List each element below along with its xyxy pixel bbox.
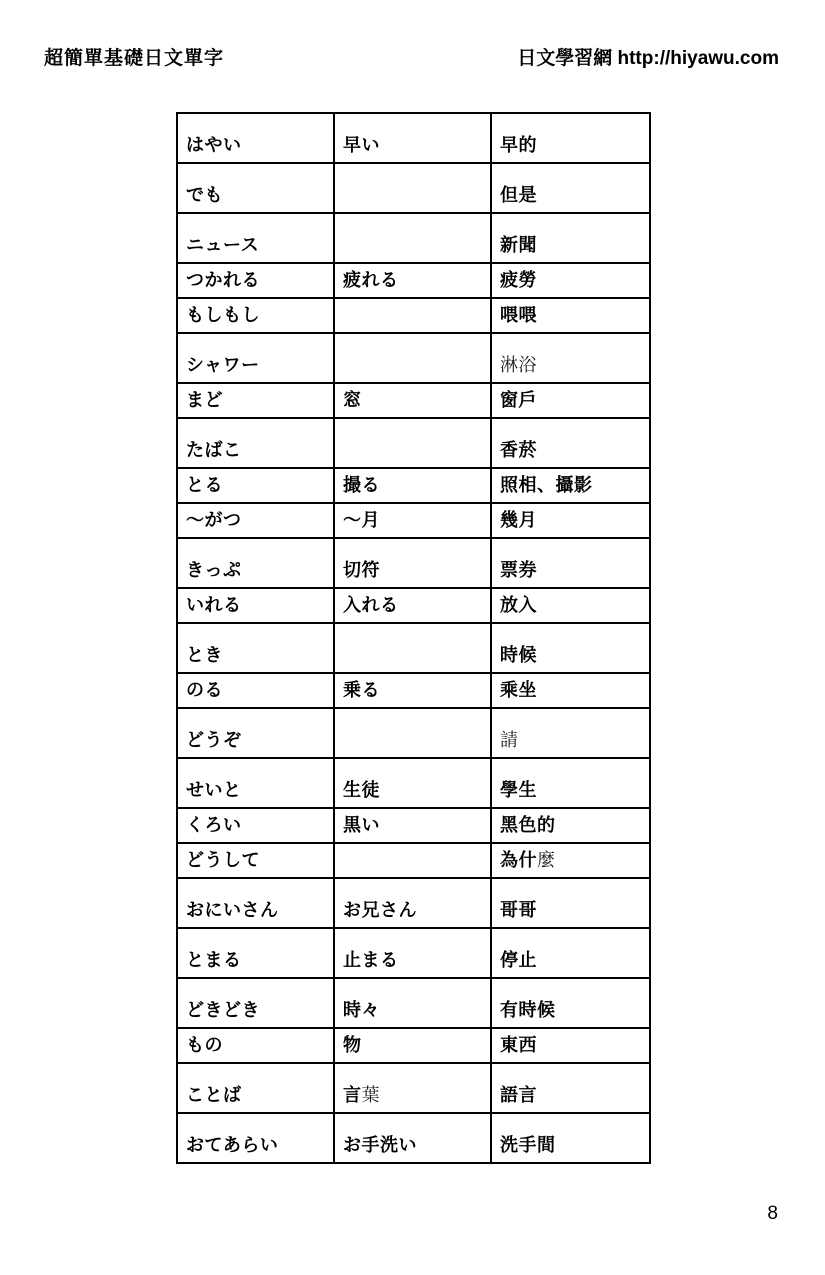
cell-kana-13: のる: [177, 673, 334, 708]
cell-kana-1: でも: [177, 163, 334, 213]
cell-zh-17: 為什麼: [491, 843, 650, 878]
cell-kanji-4: [334, 298, 491, 333]
table-row: きっぷ切符票券: [177, 538, 650, 588]
cell-zh-5: 淋浴: [491, 333, 650, 383]
cell-zh-4: 喂喂: [491, 298, 650, 333]
cell-kana-23: おてあらい: [177, 1113, 334, 1163]
table-row: せいと生徒學生: [177, 758, 650, 808]
cell-kanji-14: [334, 708, 491, 758]
table-row: つかれる疲れる疲勞: [177, 263, 650, 298]
document-page: 超簡單基礎日文單字 日文學習網 http://hiyawu.com はやい早い早…: [0, 0, 825, 1275]
cell-kana-22: ことば: [177, 1063, 334, 1113]
cell-zh-15: 學生: [491, 758, 650, 808]
cell-kanji-12: [334, 623, 491, 673]
cell-kanji-0: 早い: [334, 113, 491, 163]
cell-kana-21: もの: [177, 1028, 334, 1063]
cell-zh-14: 請: [491, 708, 650, 758]
cell-kana-11: いれる: [177, 588, 334, 623]
table-row: たばこ香菸: [177, 418, 650, 468]
cell-kanji-16: 黒い: [334, 808, 491, 843]
table-row: ～がつ～月幾月: [177, 503, 650, 538]
cell-zh-3: 疲勞: [491, 263, 650, 298]
cell-zh-9: 幾月: [491, 503, 650, 538]
table-row: いれる入れる放入: [177, 588, 650, 623]
table-row: どうぞ請: [177, 708, 650, 758]
cell-kana-15: せいと: [177, 758, 334, 808]
cell-kanji-23: お手洗い: [334, 1113, 491, 1163]
cell-zh-16: 黑色的: [491, 808, 650, 843]
cell-kanji-20: 時々: [334, 978, 491, 1028]
table-row: くろい黒い黑色的: [177, 808, 650, 843]
cell-zh-10: 票券: [491, 538, 650, 588]
table-row: とき時候: [177, 623, 650, 673]
cell-zh-11: 放入: [491, 588, 650, 623]
cell-zh-23: 洗手間: [491, 1113, 650, 1163]
cell-kana-10: きっぷ: [177, 538, 334, 588]
cell-kanji-21: 物: [334, 1028, 491, 1063]
cell-zh-13: 乘坐: [491, 673, 650, 708]
table-row: もの物東西: [177, 1028, 650, 1063]
cell-kana-19: とまる: [177, 928, 334, 978]
table-row: でも但是: [177, 163, 650, 213]
cell-kana-0: はやい: [177, 113, 334, 163]
header-title: 超簡單基礎日文單字: [44, 43, 224, 70]
table-row: どうして為什麼: [177, 843, 650, 878]
table-row: はやい早い早的: [177, 113, 650, 163]
cell-zh-1: 但是: [491, 163, 650, 213]
cell-kanji-11: 入れる: [334, 588, 491, 623]
table-row: どきどき時々有時候: [177, 978, 650, 1028]
cell-kana-6: まど: [177, 383, 334, 418]
cell-kanji-2: [334, 213, 491, 263]
cell-kana-7: たばこ: [177, 418, 334, 468]
cell-kana-3: つかれる: [177, 263, 334, 298]
cell-kana-9: ～がつ: [177, 503, 334, 538]
cell-kanji-9: ～月: [334, 503, 491, 538]
cell-kana-8: とる: [177, 468, 334, 503]
vocab-table: はやい早い早的でも但是ニュース新聞つかれる疲れる疲勞もしもし喂喂シャワー淋浴まど…: [176, 112, 651, 1164]
table-row: ニュース新聞: [177, 213, 650, 263]
table-row: おてあらいお手洗い洗手間: [177, 1113, 650, 1163]
cell-kana-20: どきどき: [177, 978, 334, 1028]
cell-kanji-1: [334, 163, 491, 213]
table-row: シャワー淋浴: [177, 333, 650, 383]
cell-kanji-5: [334, 333, 491, 383]
cell-zh-19: 停止: [491, 928, 650, 978]
cell-zh-8: 照相、攝影: [491, 468, 650, 503]
table-row: まど窓窗戶: [177, 383, 650, 418]
cell-zh-21: 東西: [491, 1028, 650, 1063]
cell-kanji-15: 生徒: [334, 758, 491, 808]
header-site-url: 日文學習網 http://hiyawu.com: [517, 43, 779, 70]
cell-kana-16: くろい: [177, 808, 334, 843]
cell-kanji-13: 乗る: [334, 673, 491, 708]
cell-zh-2: 新聞: [491, 213, 650, 263]
cell-kana-2: ニュース: [177, 213, 334, 263]
table-row: ことば言葉語言: [177, 1063, 650, 1113]
cell-zh-20: 有時候: [491, 978, 650, 1028]
cell-kanji-18: お兄さん: [334, 878, 491, 928]
cell-zh-22: 語言: [491, 1063, 650, 1113]
table-row: とまる止まる停止: [177, 928, 650, 978]
cell-kana-12: とき: [177, 623, 334, 673]
page-number: 8: [767, 1203, 778, 1225]
cell-kana-17: どうして: [177, 843, 334, 878]
cell-zh-6: 窗戶: [491, 383, 650, 418]
cell-kana-5: シャワー: [177, 333, 334, 383]
cell-kanji-10: 切符: [334, 538, 491, 588]
cell-kanji-17: [334, 843, 491, 878]
cell-kana-18: おにいさん: [177, 878, 334, 928]
cell-kanji-6: 窓: [334, 383, 491, 418]
cell-zh-12: 時候: [491, 623, 650, 673]
cell-zh-18: 哥哥: [491, 878, 650, 928]
table-row: おにいさんお兄さん哥哥: [177, 878, 650, 928]
cell-kanji-22: 言葉: [334, 1063, 491, 1113]
vocab-table-body: はやい早い早的でも但是ニュース新聞つかれる疲れる疲勞もしもし喂喂シャワー淋浴まど…: [177, 113, 650, 1163]
cell-kana-4: もしもし: [177, 298, 334, 333]
cell-kana-14: どうぞ: [177, 708, 334, 758]
cell-kanji-7: [334, 418, 491, 468]
table-row: とる撮る照相、攝影: [177, 468, 650, 503]
cell-kanji-8: 撮る: [334, 468, 491, 503]
table-row: もしもし喂喂: [177, 298, 650, 333]
cell-kanji-19: 止まる: [334, 928, 491, 978]
cell-zh-0: 早的: [491, 113, 650, 163]
cell-zh-7: 香菸: [491, 418, 650, 468]
cell-kanji-3: 疲れる: [334, 263, 491, 298]
table-row: のる乗る乘坐: [177, 673, 650, 708]
